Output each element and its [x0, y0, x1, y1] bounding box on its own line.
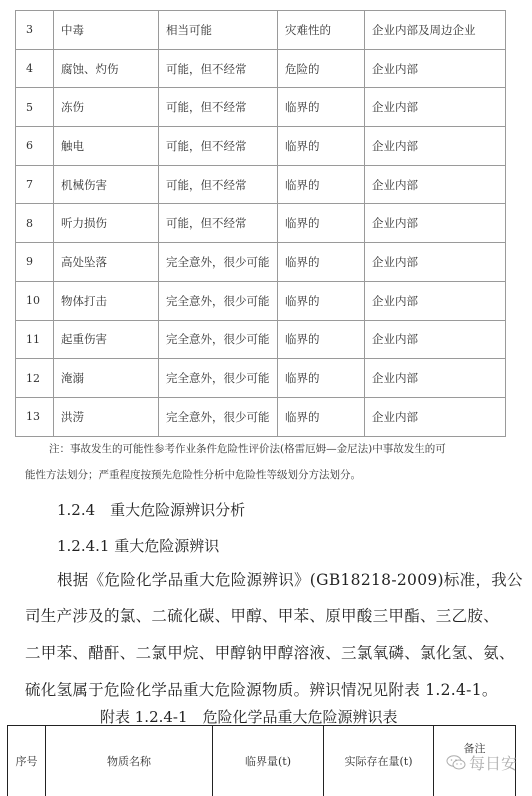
cell-scope: 企业内部	[365, 281, 506, 320]
cell-severity: 临界的	[278, 320, 365, 359]
table-row: 4腐蚀、灼伤可能，但不经常危险的企业内部	[16, 49, 506, 88]
table-row: 6触电可能，但不经常临界的企业内部	[16, 127, 506, 166]
table-row: 8听力损伤可能，但不经常临界的企业内部	[16, 204, 506, 243]
appendix-table: 序号 物质名称 临界量(t) 实际存在量(t) 备注	[7, 725, 516, 796]
table-row: 10物体打击完全意外，很少可能临界的企业内部	[16, 281, 506, 320]
cell-severity: 临界的	[278, 243, 365, 282]
cell-scope: 企业内部	[365, 127, 506, 166]
cell-hazard: 洪涝	[54, 397, 159, 436]
table-row: 13洪涝完全意外，很少可能临界的企业内部	[16, 397, 506, 436]
cell-severity: 临界的	[278, 281, 365, 320]
cell-hazard: 中毒	[54, 11, 159, 50]
table-note-line-2: 能性方法划分；严重程度按预先危险性分析中危险性等级划分方法划分。	[25, 468, 515, 482]
cell-no: 12	[16, 359, 54, 398]
cell-severity: 临界的	[278, 204, 365, 243]
table-note-line-1: 注：事故发生的可能性参考作业条件危险性评价法(格雷厄姆—金尼法)中事故发生的可	[25, 442, 515, 456]
cell-severity: 灾难性的	[278, 11, 365, 50]
header-actual-amount: 实际存在量(t)	[324, 726, 434, 796]
table-row: 11起重伤害完全意外，很少可能临界的企业内部	[16, 320, 506, 359]
cell-likelihood: 完全意外，很少可能	[159, 397, 278, 436]
cell-severity: 临界的	[278, 397, 365, 436]
cell-scope: 企业内部	[365, 243, 506, 282]
cell-likelihood: 可能，但不经常	[159, 204, 278, 243]
cell-hazard: 冻伤	[54, 88, 159, 127]
subsection-heading: 1.2.4.1 重大危险源辨识	[57, 535, 219, 556]
cell-hazard: 触电	[54, 127, 159, 166]
wechat-icon	[446, 755, 466, 770]
header-substance-name: 物质名称	[46, 726, 213, 796]
cell-severity: 临界的	[278, 127, 365, 166]
cell-scope: 企业内部	[365, 397, 506, 436]
cell-no: 6	[16, 127, 54, 166]
watermark-text: 每日安	[469, 751, 517, 774]
paragraph-line-4: 硫化氢属于危险化学品重大危险源物质。辨识情况见附表 1.2.4-1。	[25, 678, 515, 700]
cell-no: 7	[16, 165, 54, 204]
cell-hazard: 起重伤害	[54, 320, 159, 359]
table-row: 9高处坠落完全意外，很少可能临界的企业内部	[16, 243, 506, 282]
cell-scope: 企业内部及周边企业	[365, 11, 506, 50]
section-heading: 1.2.4 重大危险源辨识分析	[57, 499, 245, 520]
cell-hazard: 物体打击	[54, 281, 159, 320]
cell-hazard: 听力损伤	[54, 204, 159, 243]
cell-hazard: 腐蚀、灼伤	[54, 49, 159, 88]
table-row: 7机械伤害可能，但不经常临界的企业内部	[16, 165, 506, 204]
cell-hazard: 高处坠落	[54, 243, 159, 282]
cell-scope: 企业内部	[365, 359, 506, 398]
cell-likelihood: 可能，但不经常	[159, 127, 278, 166]
cell-no: 9	[16, 243, 54, 282]
paragraph-line-2: 司生产涉及的氯、二硫化碳、甲醇、甲苯、原甲酸三甲酯、三乙胺、	[25, 604, 515, 626]
paragraph-line-1: 根据《危险化学品重大危险源辨识》(GB18218-2009)标准，我公	[57, 568, 527, 590]
cell-severity: 临界的	[278, 165, 365, 204]
cell-likelihood: 可能，但不经常	[159, 88, 278, 127]
header-serial-no: 序号	[8, 726, 46, 796]
cell-scope: 企业内部	[365, 49, 506, 88]
cell-no: 10	[16, 281, 54, 320]
cell-severity: 危险的	[278, 49, 365, 88]
cell-no: 8	[16, 204, 54, 243]
watermark: 每日安	[446, 751, 517, 774]
appendix-table-header-row: 序号 物质名称 临界量(t) 实际存在量(t) 备注	[8, 726, 516, 796]
cell-likelihood: 相当可能	[159, 11, 278, 50]
cell-scope: 企业内部	[365, 88, 506, 127]
cell-no: 11	[16, 320, 54, 359]
cell-hazard: 淹溺	[54, 359, 159, 398]
cell-likelihood: 完全意外，很少可能	[159, 359, 278, 398]
appendix-table-caption: 附表 1.2.4-1 危险化学品重大危险源辨识表	[100, 706, 398, 727]
header-threshold: 临界量(t)	[213, 726, 324, 796]
cell-scope: 企业内部	[365, 165, 506, 204]
paragraph-line-3: 二甲苯、醋酐、二氯甲烷、甲醇钠甲醇溶液、三氯氧磷、氯化氢、氨、	[25, 641, 515, 663]
cell-no: 13	[16, 397, 54, 436]
table-row: 3中毒相当可能灾难性的企业内部及周边企业	[16, 11, 506, 50]
cell-no: 4	[16, 49, 54, 88]
cell-likelihood: 完全意外，很少可能	[159, 320, 278, 359]
cell-no: 3	[16, 11, 54, 50]
cell-likelihood: 可能，但不经常	[159, 165, 278, 204]
cell-severity: 临界的	[278, 88, 365, 127]
cell-hazard: 机械伤害	[54, 165, 159, 204]
cell-scope: 企业内部	[365, 204, 506, 243]
cell-likelihood: 完全意外，很少可能	[159, 281, 278, 320]
table-row: 5冻伤可能，但不经常临界的企业内部	[16, 88, 506, 127]
cell-scope: 企业内部	[365, 320, 506, 359]
table-row: 12淹溺完全意外，很少可能临界的企业内部	[16, 359, 506, 398]
hazard-table: 3中毒相当可能灾难性的企业内部及周边企业4腐蚀、灼伤可能，但不经常危险的企业内部…	[15, 10, 506, 437]
cell-likelihood: 可能，但不经常	[159, 49, 278, 88]
cell-severity: 临界的	[278, 359, 365, 398]
cell-likelihood: 完全意外，很少可能	[159, 243, 278, 282]
cell-no: 5	[16, 88, 54, 127]
